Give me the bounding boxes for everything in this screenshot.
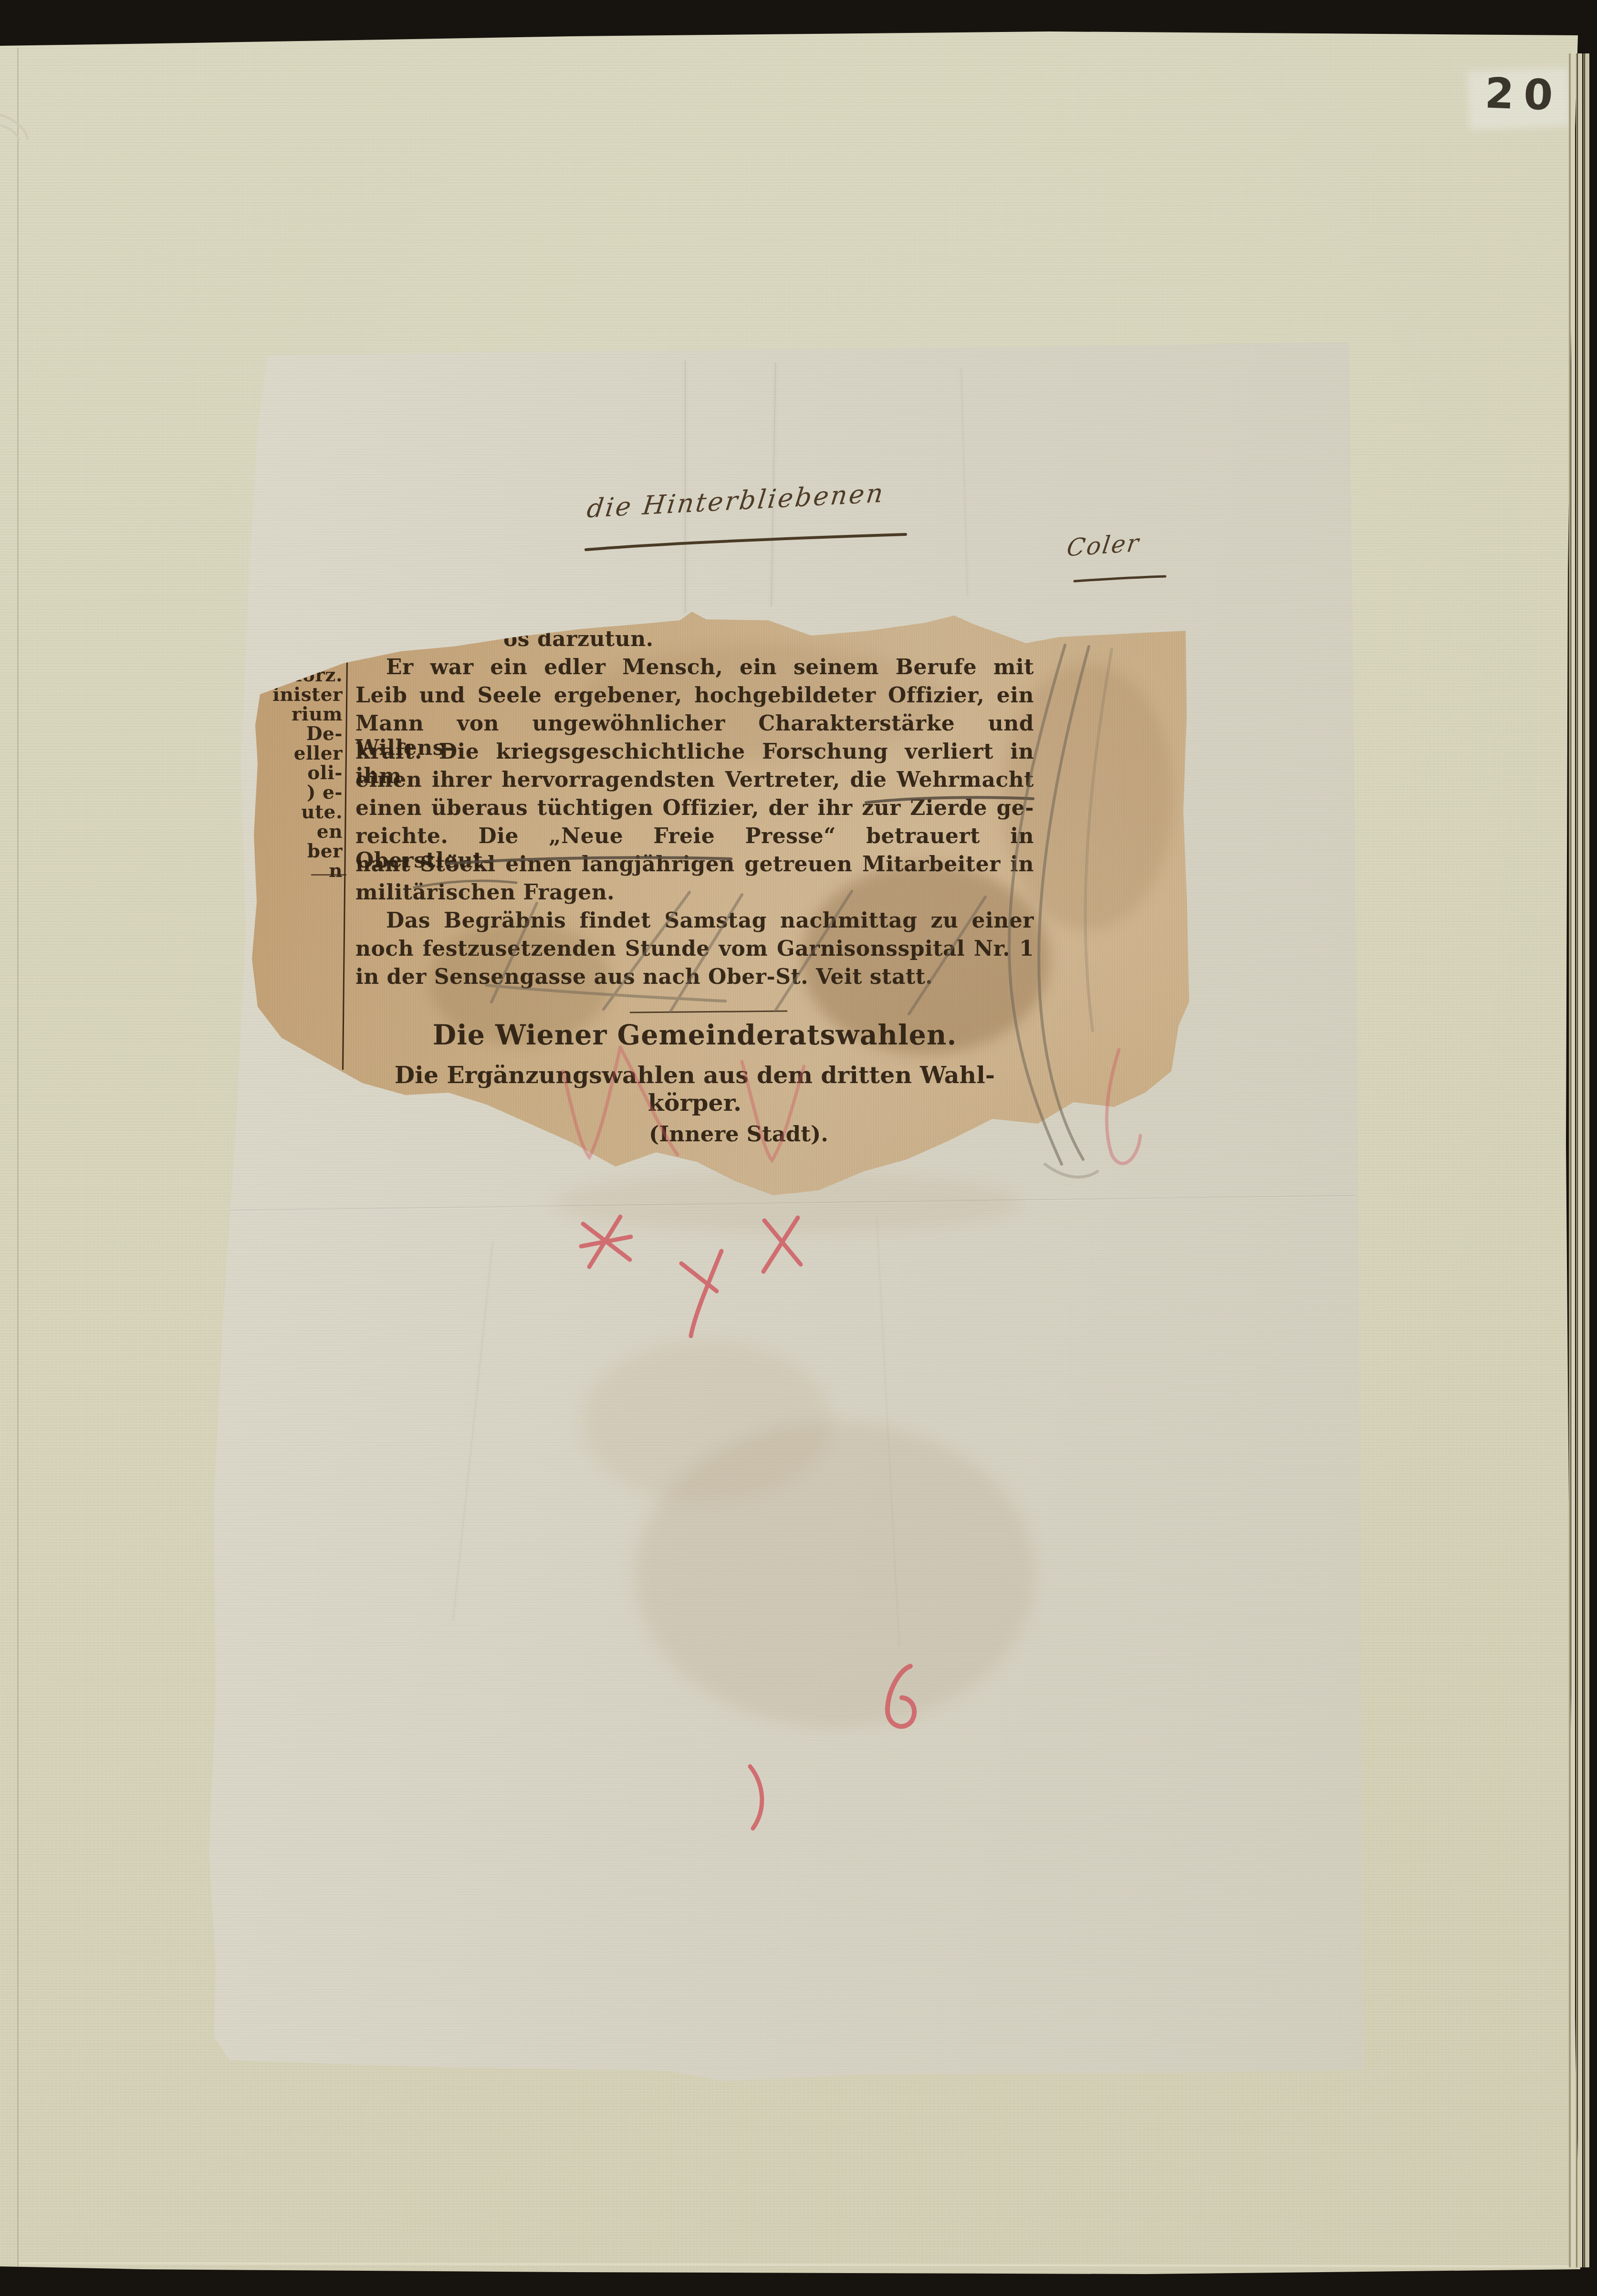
fragment-column-divider — [311, 874, 346, 876]
page-number: 20 — [1484, 68, 1563, 120]
clipping-text-line: nant Stöckl einen langjährigen getreuen … — [355, 852, 1034, 880]
page-stack-edge — [1578, 53, 1582, 2267]
fragment-word: eller — [252, 742, 343, 762]
paper-wrinkle — [960, 367, 968, 596]
clipping-text-line: os darzutun. — [355, 627, 1034, 655]
fragment-word: ) e- — [252, 782, 343, 801]
clipping-text-line: noch festzusetzenden Stunde vom Garnison… — [355, 937, 1034, 965]
fragment-word: n — [252, 860, 343, 879]
clipping-headline: Die Wiener Gemeinderatswahlen. — [355, 1019, 1034, 1051]
handwritten-title: die Hinterbliebenen — [585, 478, 887, 523]
fragment-word: ber — [252, 840, 343, 860]
paper-stain — [582, 1341, 830, 1503]
clipping-left-column-fragments: norz.inisterriumDe-elleroli-) e-ute.enbe… — [252, 664, 343, 879]
page-stack-edge — [1571, 53, 1575, 2267]
fragment-word: oli- — [252, 762, 343, 782]
fragment-word: De- — [252, 723, 343, 742]
page-bottom-edge-highlight — [19, 2262, 1575, 2268]
clipping-body-text: os darzutun.Er war ein edler Mensch, ein… — [355, 627, 1034, 993]
fragment-word: rium — [252, 703, 343, 723]
fragment-word: inister — [252, 684, 343, 703]
fragment-word: norz. — [252, 664, 343, 684]
clipping-text-line: reichte. Die „Neue Freie Presse“ betraue… — [355, 824, 1034, 852]
page-stack-edge — [1585, 53, 1589, 2267]
article-divider-rule — [630, 1011, 787, 1013]
fragment-word: en — [252, 821, 343, 840]
page-stack-edge — [1583, 53, 1585, 2267]
clipping-text-line: kraft. Die kriegsgeschichtliche Forschun… — [355, 740, 1034, 768]
newspaper-clipping: norz.inisterriumDe-elleroli-) e-ute.enbe… — [248, 606, 1198, 1207]
clipping-text-line: einen ihrer hervorragendsten Vertreter, … — [355, 768, 1034, 796]
clipping-text-line: Er war ein edler Mensch, ein seinem Beru… — [355, 655, 1034, 683]
clipping-text-line: einen überaus tüchtigen Offizier, der ih… — [355, 796, 1034, 824]
page-stack-edge — [1569, 53, 1571, 2267]
paper-wrinkle — [452, 1242, 493, 1621]
paper-wrinkle — [685, 360, 686, 613]
fragment-word: ute. — [252, 801, 343, 821]
backing-sheet: die Hinterbliebenen Coler norz.inisterri… — [205, 334, 1374, 2090]
clipping-text-line: in der Sensengasse aus nach Ober-St. Vei… — [355, 965, 1034, 993]
newspaper-column-rule — [342, 659, 348, 1070]
gutter-fold-line — [17, 48, 19, 2266]
clipping-text-line: Leib und Seele ergebener, hochgebildeter… — [355, 683, 1034, 711]
clipping-subheadline-carry: körper. — [355, 1089, 1034, 1117]
clipping-section-label: (Innere Stadt). — [399, 1121, 1078, 1147]
clipping-text-line: militärischen Fragen. — [355, 880, 1034, 908]
handwritten-name-annotation: Coler — [1065, 529, 1142, 562]
clipping-subheadline: Die Ergänzungswahlen aus dem dritten Wah… — [355, 1061, 1034, 1089]
clipping-text-line: Das Begräbnis findet Samstag nachmittag … — [355, 908, 1034, 937]
clipping-text-line: Mann von ungewöhnlicher Charakterstärke … — [355, 711, 1034, 740]
page-stack-edge — [1576, 53, 1577, 2267]
